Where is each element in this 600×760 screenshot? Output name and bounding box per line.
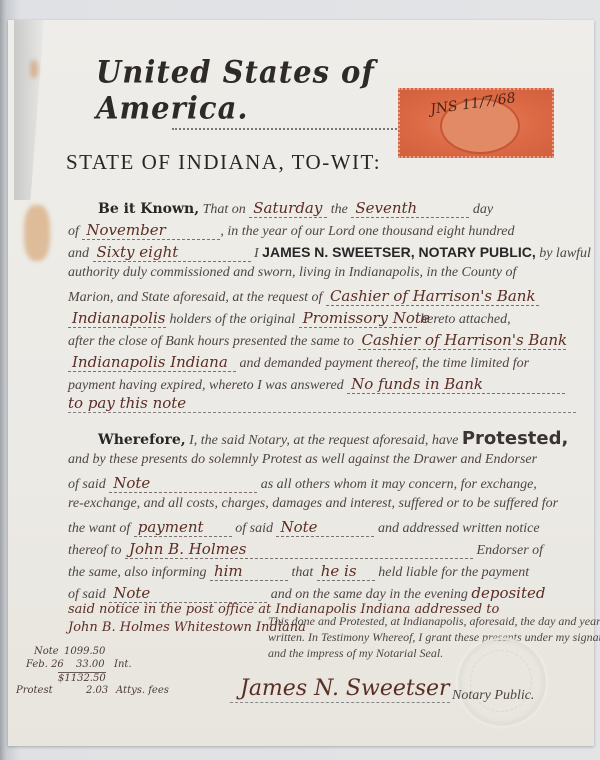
- para2-line5: the want of payment of said Note and add…: [68, 518, 576, 537]
- revenue-stamp: JNS 11/7/68: [398, 88, 554, 158]
- field-month: November: [82, 221, 220, 240]
- handwritten-text: deposited: [471, 584, 545, 602]
- wherefore: Wherefore,: [98, 432, 186, 448]
- text: that: [291, 565, 313, 580]
- field-year: Sixty eight: [93, 243, 251, 262]
- para2-line7: the same, also informing him that he is …: [68, 562, 576, 581]
- text: day: [473, 202, 493, 217]
- protested-label: Protested,: [462, 428, 569, 449]
- be-it-known: Be it Known,: [98, 201, 199, 217]
- field-instrument: Note: [109, 474, 257, 493]
- para2-line3: of said Note as all others whom it may c…: [68, 474, 576, 493]
- state-line: STATE OF INDIANA, TO-WIT:: [66, 150, 381, 175]
- para1-line6: Indianapolis holders of the original Pro…: [68, 309, 576, 328]
- text: Marion, and State aforesaid, at the requ…: [68, 290, 322, 305]
- text: of said: [68, 477, 106, 492]
- text: the: [331, 202, 348, 217]
- text: as all others whom it may concern, for e…: [261, 477, 537, 492]
- field-instrument: Promissory Note: [299, 309, 417, 328]
- field-addressee: John B. Holmes: [125, 540, 473, 559]
- para2-line4: re-exchange, and all costs, charges, dam…: [68, 496, 576, 512]
- text: the want of: [68, 521, 130, 536]
- text: thereof to: [68, 543, 122, 558]
- para2-line8: of said Note and on the same day in the …: [68, 584, 576, 603]
- text: the same, also informing: [68, 565, 206, 580]
- field-day: Seventh: [351, 199, 469, 218]
- text: held liable for the payment: [378, 565, 529, 580]
- text: Endorser of: [477, 543, 544, 558]
- margin-interest-suffix: Int.: [114, 659, 132, 670]
- margin-protest-value: 2.03: [86, 685, 108, 696]
- margin-protest-suffix: Attys. fees: [116, 685, 169, 696]
- text: I, the said Notary, at the request afore…: [189, 433, 458, 448]
- text: payment having expired, whereto I was an…: [68, 378, 344, 393]
- field-want-of: payment: [134, 518, 232, 537]
- field-instrument: Note: [276, 518, 374, 537]
- para2-line2: and by these presents do solemnly Protes…: [68, 452, 576, 468]
- margin-subtotal: $1132.50: [58, 672, 106, 684]
- text: and demanded payment thereof, the time l…: [240, 356, 530, 371]
- text: holders of the original: [170, 312, 296, 327]
- notarial-seal-emboss: [458, 638, 546, 726]
- closing-line2: written. In Testimony Whereof, I grant t…: [268, 630, 578, 645]
- para1-answer-continued: to pay this note: [68, 394, 576, 412]
- age-stain: [30, 60, 38, 78]
- margin-interest-value: 33.00: [76, 659, 105, 670]
- text: by lawful: [539, 246, 591, 261]
- para2-line1: Wherefore, I, the said Notary, at the re…: [98, 428, 576, 449]
- signature-line: [230, 702, 450, 703]
- ornamental-rule: [172, 122, 404, 130]
- text: , in the year of our Lord one thousand e…: [220, 224, 514, 239]
- field-requester: Cashier of Harrison's Bank: [326, 287, 539, 306]
- text: hereto attached,: [420, 312, 510, 327]
- para1-line1: Be it Known, That on Saturday the Sevent…: [98, 199, 576, 218]
- field-day-of-week: Saturday: [249, 199, 327, 218]
- text: after the close of Bank hours presented …: [68, 334, 354, 349]
- notary-signature: James N. Sweetser: [240, 676, 450, 701]
- field-informing: him: [210, 562, 288, 581]
- age-stain: [24, 205, 50, 261]
- field-instrument: Note: [109, 584, 267, 603]
- notary-title: Notary Public.: [452, 688, 534, 704]
- margin-note-value: 1099.50: [64, 646, 105, 657]
- text: That on: [203, 202, 246, 217]
- margin-protest-label: Protest: [16, 685, 53, 696]
- text: of: [68, 224, 79, 239]
- para2-line6: thereof to John B. Holmes Endorser of: [68, 540, 576, 559]
- text: and addressed written notice: [378, 521, 540, 536]
- margin-interest-label: Feb. 26: [26, 659, 64, 670]
- text: and on the same day in the evening: [271, 587, 468, 602]
- para1-line3: and Sixty eight I JAMES N. SWEETSER, NOT…: [68, 243, 576, 262]
- text: I: [254, 246, 259, 261]
- para1-line7: after the close of Bank hours presented …: [68, 331, 576, 350]
- para1-line5: Marion, and State aforesaid, at the requ…: [68, 287, 576, 306]
- field-presented-city: Indianapolis Indiana: [68, 353, 236, 372]
- text: of said: [235, 521, 273, 536]
- text: of said: [68, 587, 106, 602]
- notary-name: JAMES N. SWEETSER, NOTARY PUBLIC,: [262, 244, 536, 260]
- text: and: [68, 246, 89, 261]
- para1-line4: authority duly commissioned and sworn, l…: [68, 265, 576, 281]
- para1-line9: payment having expired, whereto I was an…: [68, 375, 576, 394]
- para1-line8: Indianapolis Indiana and demanded paymen…: [68, 353, 576, 372]
- field-holder-city: Indianapolis: [68, 309, 166, 328]
- field-answer: No funds in Bank: [347, 375, 565, 394]
- field-that: he is: [317, 562, 375, 581]
- closing-line1: This done and Protested, at Indianapolis…: [268, 614, 578, 629]
- margin-note-label: Note: [34, 646, 59, 657]
- para1-line2: of November, in the year of our Lord one…: [68, 221, 576, 240]
- dashed-rule: [68, 412, 576, 413]
- field-presented-to: Cashier of Harrison's Bank: [358, 331, 566, 350]
